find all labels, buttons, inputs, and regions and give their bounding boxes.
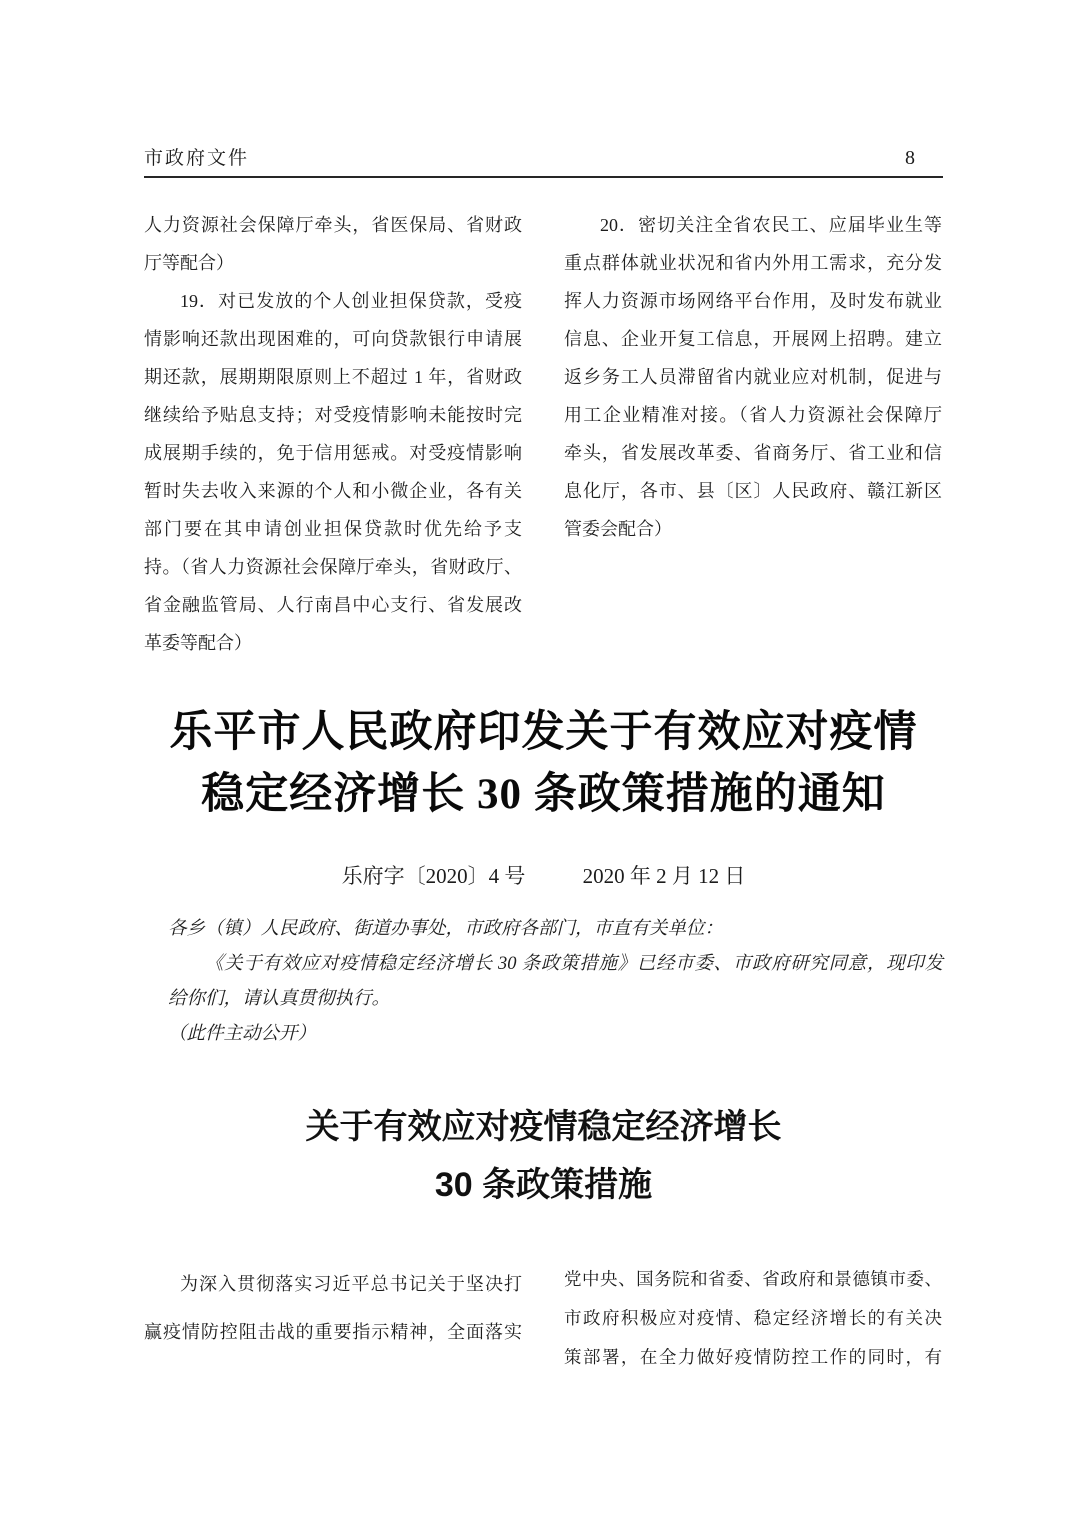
top-left-column: 人力资源社会保障厅牵头，省医保局、省财政厅等配合）19．对已发放的个人创业担保贷… xyxy=(144,206,522,662)
text-line: 革委等配合） xyxy=(144,624,522,662)
notice-title: 乐平市人民政府印发关于有效应对疫情 稳定经济增长 30 条政策措施的通知 xyxy=(144,702,943,826)
notice-title-line1: 乐平市人民政府印发关于有效应对疫情 xyxy=(144,702,943,764)
text-line: 信息、企业开复工信息，开展网上招聘。建立 xyxy=(564,320,942,358)
text-line: 暂时失去收入来源的个人和小微企业，各有关 xyxy=(144,472,522,510)
text-line: 各乡（镇）人民政府、街道办事处，市政府各部门，市直有关单位： xyxy=(168,912,943,947)
text-line: 持。（省人力资源社会保障厅牵头，省财政厅、 xyxy=(144,548,522,586)
top-two-column-section: 人力资源社会保障厅牵头，省医保局、省财政厅等配合）19．对已发放的个人创业担保贷… xyxy=(144,206,943,662)
policy-title-line2: 30 条政策措施 xyxy=(144,1156,943,1214)
text-line: 19．对已发放的个人创业担保贷款，受疫 xyxy=(144,282,522,320)
notice-title-line2: 稳定经济增长 30 条政策措施的通知 xyxy=(144,764,943,826)
text-line: 市政府积极应对疫情、稳定经济增长的有关决 xyxy=(564,1299,942,1338)
bottom-two-column-section: 为深入贯彻落实习近平总书记关于坚决打赢疫情防控阻击战的重要指示精神，全面落实 党… xyxy=(144,1260,943,1377)
text-line: 党中央、国务院和省委、省政府和景德镇市委、 xyxy=(564,1260,942,1299)
doc-date: 2020 年 2 月 12 日 xyxy=(583,864,746,888)
text-line: 继续给予贴息支持；对受疫情影响未能按时完 xyxy=(144,396,522,434)
text-line: 返乡务工人员滞留省内就业应对机制，促进与 xyxy=(564,358,942,396)
text-line: 省金融监管局、人行南昌中心支行、省发展改 xyxy=(144,586,522,624)
text-line: 《关于有效应对疫情稳定经济增长 30 条政策措施》已经市委、市政府研究同意，现印… xyxy=(168,947,943,982)
text-line: 挥人力资源市场网络平台作用，及时发布就业 xyxy=(564,282,942,320)
text-line: 期还款，展期期限原则上不超过 1 年，省财政 xyxy=(144,358,522,396)
doc-number-line: 乐府字〔2020〕4 号 2020 年 2 月 12 日 xyxy=(144,860,943,890)
text-line: 为深入贯彻落实习近平总书记关于坚决打 xyxy=(144,1260,522,1308)
text-line: 重点群体就业状况和省内外用工需求，充分发 xyxy=(564,244,942,282)
doc-number: 乐府字〔2020〕4 号 xyxy=(342,864,526,888)
policy-title-line1: 关于有效应对疫情稳定经济增长 xyxy=(144,1098,943,1156)
text-line: 策部署，在全力做好疫情防控工作的同时，有 xyxy=(564,1338,942,1377)
bottom-right-column: 党中央、国务院和省委、省政府和景德镇市委、市政府积极应对疫情、稳定经济增长的有关… xyxy=(564,1260,942,1377)
text-line: 成展期手续的，免于信用惩戒。对受疫情影响 xyxy=(144,434,522,472)
document-page: 市政府文件 8 人力资源社会保障厅牵头，省医保局、省财政厅等配合）19．对已发放… xyxy=(0,0,1074,1520)
top-right-column: 20．密切关注全省农民工、应届毕业生等重点群体就业状况和省内外用工需求，充分发挥… xyxy=(564,206,942,662)
notice-body: 各乡（镇）人民政府、街道办事处，市政府各部门，市直有关单位：《关于有效应对疫情稳… xyxy=(144,912,943,1052)
text-line: 用工企业精准对接。（省人力资源社会保障厅 xyxy=(564,396,942,434)
text-line: 管委会配合） xyxy=(564,510,942,548)
bottom-left-column: 为深入贯彻落实习近平总书记关于坚决打赢疫情防控阻击战的重要指示精神，全面落实 xyxy=(144,1260,522,1377)
page-number: 8 xyxy=(905,147,915,170)
text-line: 部门要在其申请创业担保贷款时优先给予支 xyxy=(144,510,522,548)
text-line: 20．密切关注全省农民工、应届毕业生等 xyxy=(564,206,942,244)
text-line: 赢疫情防控阻击战的重要指示精神，全面落实 xyxy=(144,1308,522,1356)
policy-title: 关于有效应对疫情稳定经济增长 30 条政策措施 xyxy=(144,1098,943,1214)
text-line: 人力资源社会保障厅牵头，省医保局、省财政 xyxy=(144,206,522,244)
text-line: （此件主动公开） xyxy=(168,1017,943,1052)
text-line: 情影响还款出现困难的，可向贷款银行申请展 xyxy=(144,320,522,358)
text-line: 给你们，请认真贯彻执行。 xyxy=(168,982,943,1017)
text-line: 厅等配合） xyxy=(144,244,522,282)
text-line: 息化厅，各市、县〔区〕人民政府、赣江新区 xyxy=(564,472,942,510)
page-header: 市政府文件 8 xyxy=(144,143,943,178)
doc-type-label: 市政府文件 xyxy=(144,143,249,170)
text-line: 牵头，省发展改革委、省商务厅、省工业和信 xyxy=(564,434,942,472)
